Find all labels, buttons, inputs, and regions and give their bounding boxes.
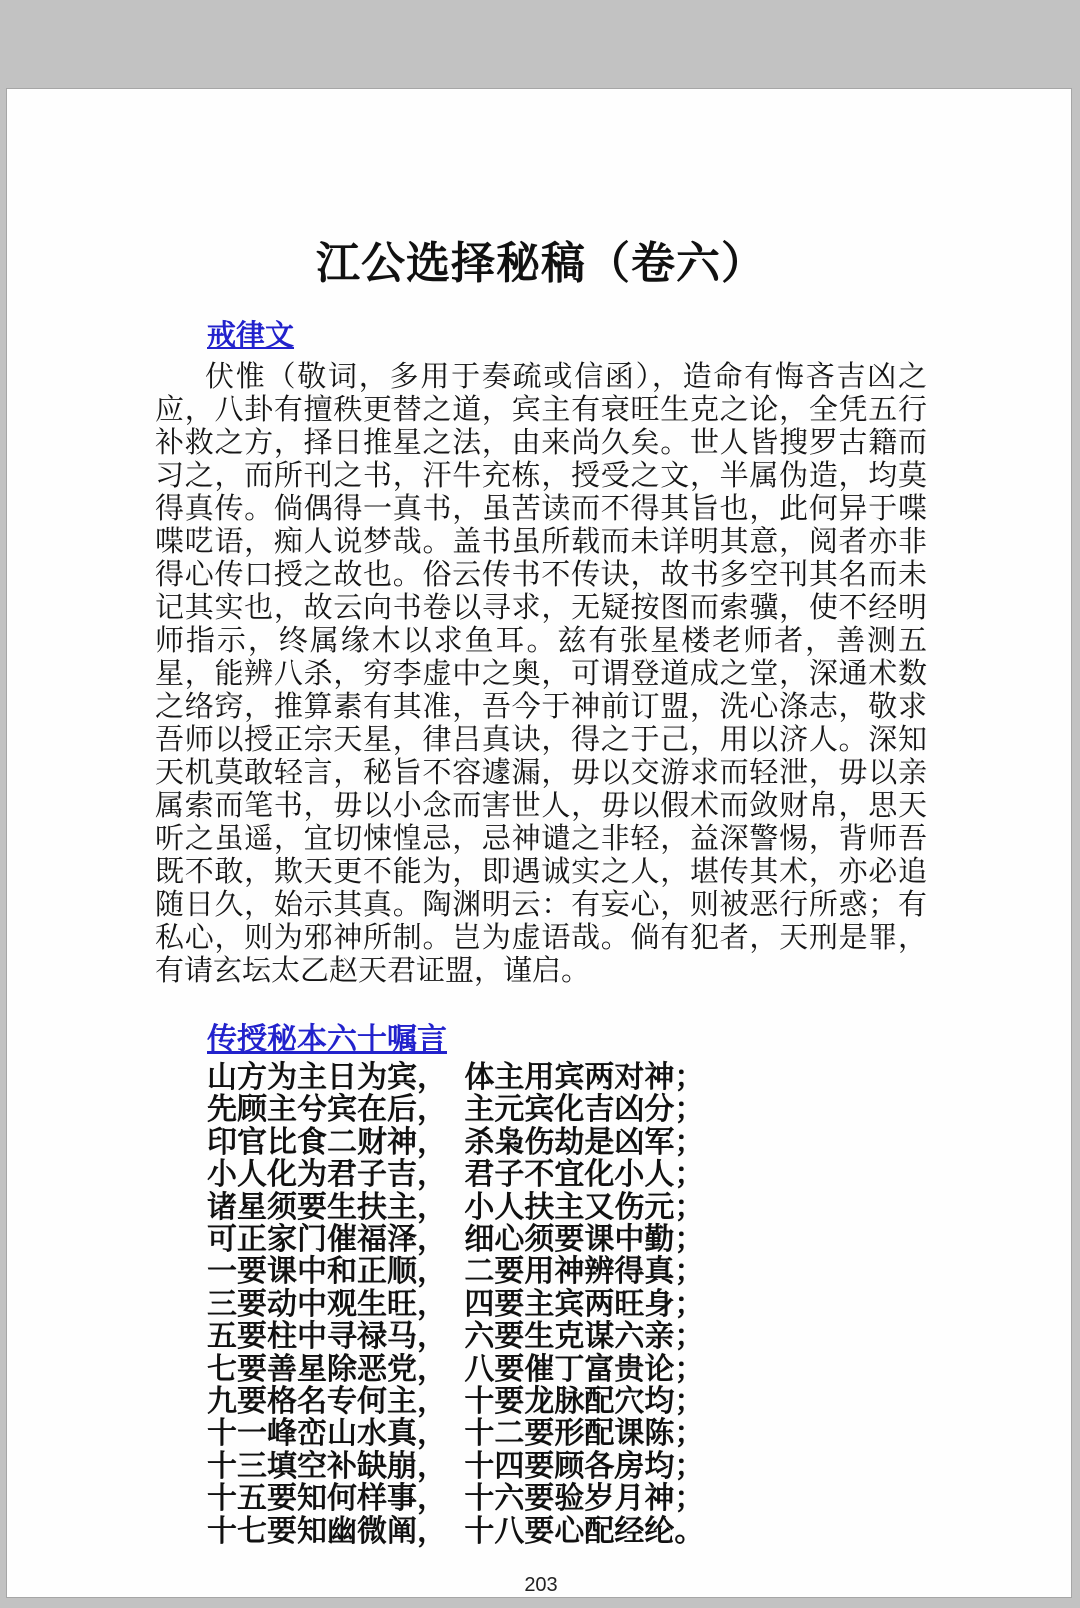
verse-line: 印官比食二财神， 杀枭伤劫是凶军；: [207, 1127, 927, 1159]
verse-line: 九要格名专何主， 十要龙脉配穴均；: [207, 1386, 927, 1418]
verse-line: 诸星须要生扶主， 小人扶主又伤元；: [207, 1192, 927, 1224]
verse-line: 十七要知幽微阐， 十八要心配经纶。: [207, 1516, 927, 1548]
verse-line: 三要动中观生旺， 四要主宾两旺身；: [207, 1289, 927, 1321]
document-page: 江公选择秘稿（卷六） 戒律文 伏惟（敬词，多用于奏疏或信函），造命有悔吝吉凶之应…: [6, 88, 1072, 1598]
verse-line: 五要柱中寻禄马， 六要生克谋六亲；: [207, 1321, 927, 1353]
verse-line: 先顾主兮宾在后， 主元宾化吉凶分；: [207, 1094, 927, 1126]
section-paragraph: 伏惟（敬词，多用于奏疏或信函），造命有悔吝吉凶之应，八卦有擅秩更替之道，宾主有衰…: [155, 361, 927, 988]
verse-line: 十一峰峦山水真， 十二要形配课陈；: [207, 1418, 927, 1450]
document-title: 江公选择秘稿（卷六）: [155, 227, 927, 291]
verse-line: 可正家门催福泽， 细心须要课中勤；: [207, 1224, 927, 1256]
verse-line: 七要善星除恶党， 八要催丁富贵论；: [207, 1354, 927, 1386]
document-viewer: 江公选择秘稿（卷六） 戒律文 伏惟（敬词，多用于奏疏或信函），造命有悔吝吉凶之应…: [0, 0, 1080, 1608]
verse-line: 一要课中和正顺， 二要用神辨得真；: [207, 1256, 927, 1288]
page-number: 203: [155, 1574, 927, 1597]
verse-line: 十三填空补缺崩， 十四要顾各房均；: [207, 1451, 927, 1483]
section-heading-sixty-admonitions-link[interactable]: 传授秘本六十嘱言: [207, 1014, 447, 1058]
verse-line: 山方为主日为宾， 体主用宾两对神；: [207, 1062, 927, 1094]
verse-line: 十五要知何样事， 十六要验岁月神；: [207, 1483, 927, 1515]
verse-line: 小人化为君子吉， 君子不宜化小人；: [207, 1159, 927, 1191]
document-content: 江公选择秘稿（卷六） 戒律文 伏惟（敬词，多用于奏疏或信函），造命有悔吝吉凶之应…: [155, 227, 927, 1597]
verse-block: 山方为主日为宾， 体主用宾两对神； 先顾主兮宾在后， 主元宾化吉凶分； 印官比食…: [207, 1062, 927, 1548]
section-heading-jielvwen-link[interactable]: 戒律文: [207, 313, 294, 354]
